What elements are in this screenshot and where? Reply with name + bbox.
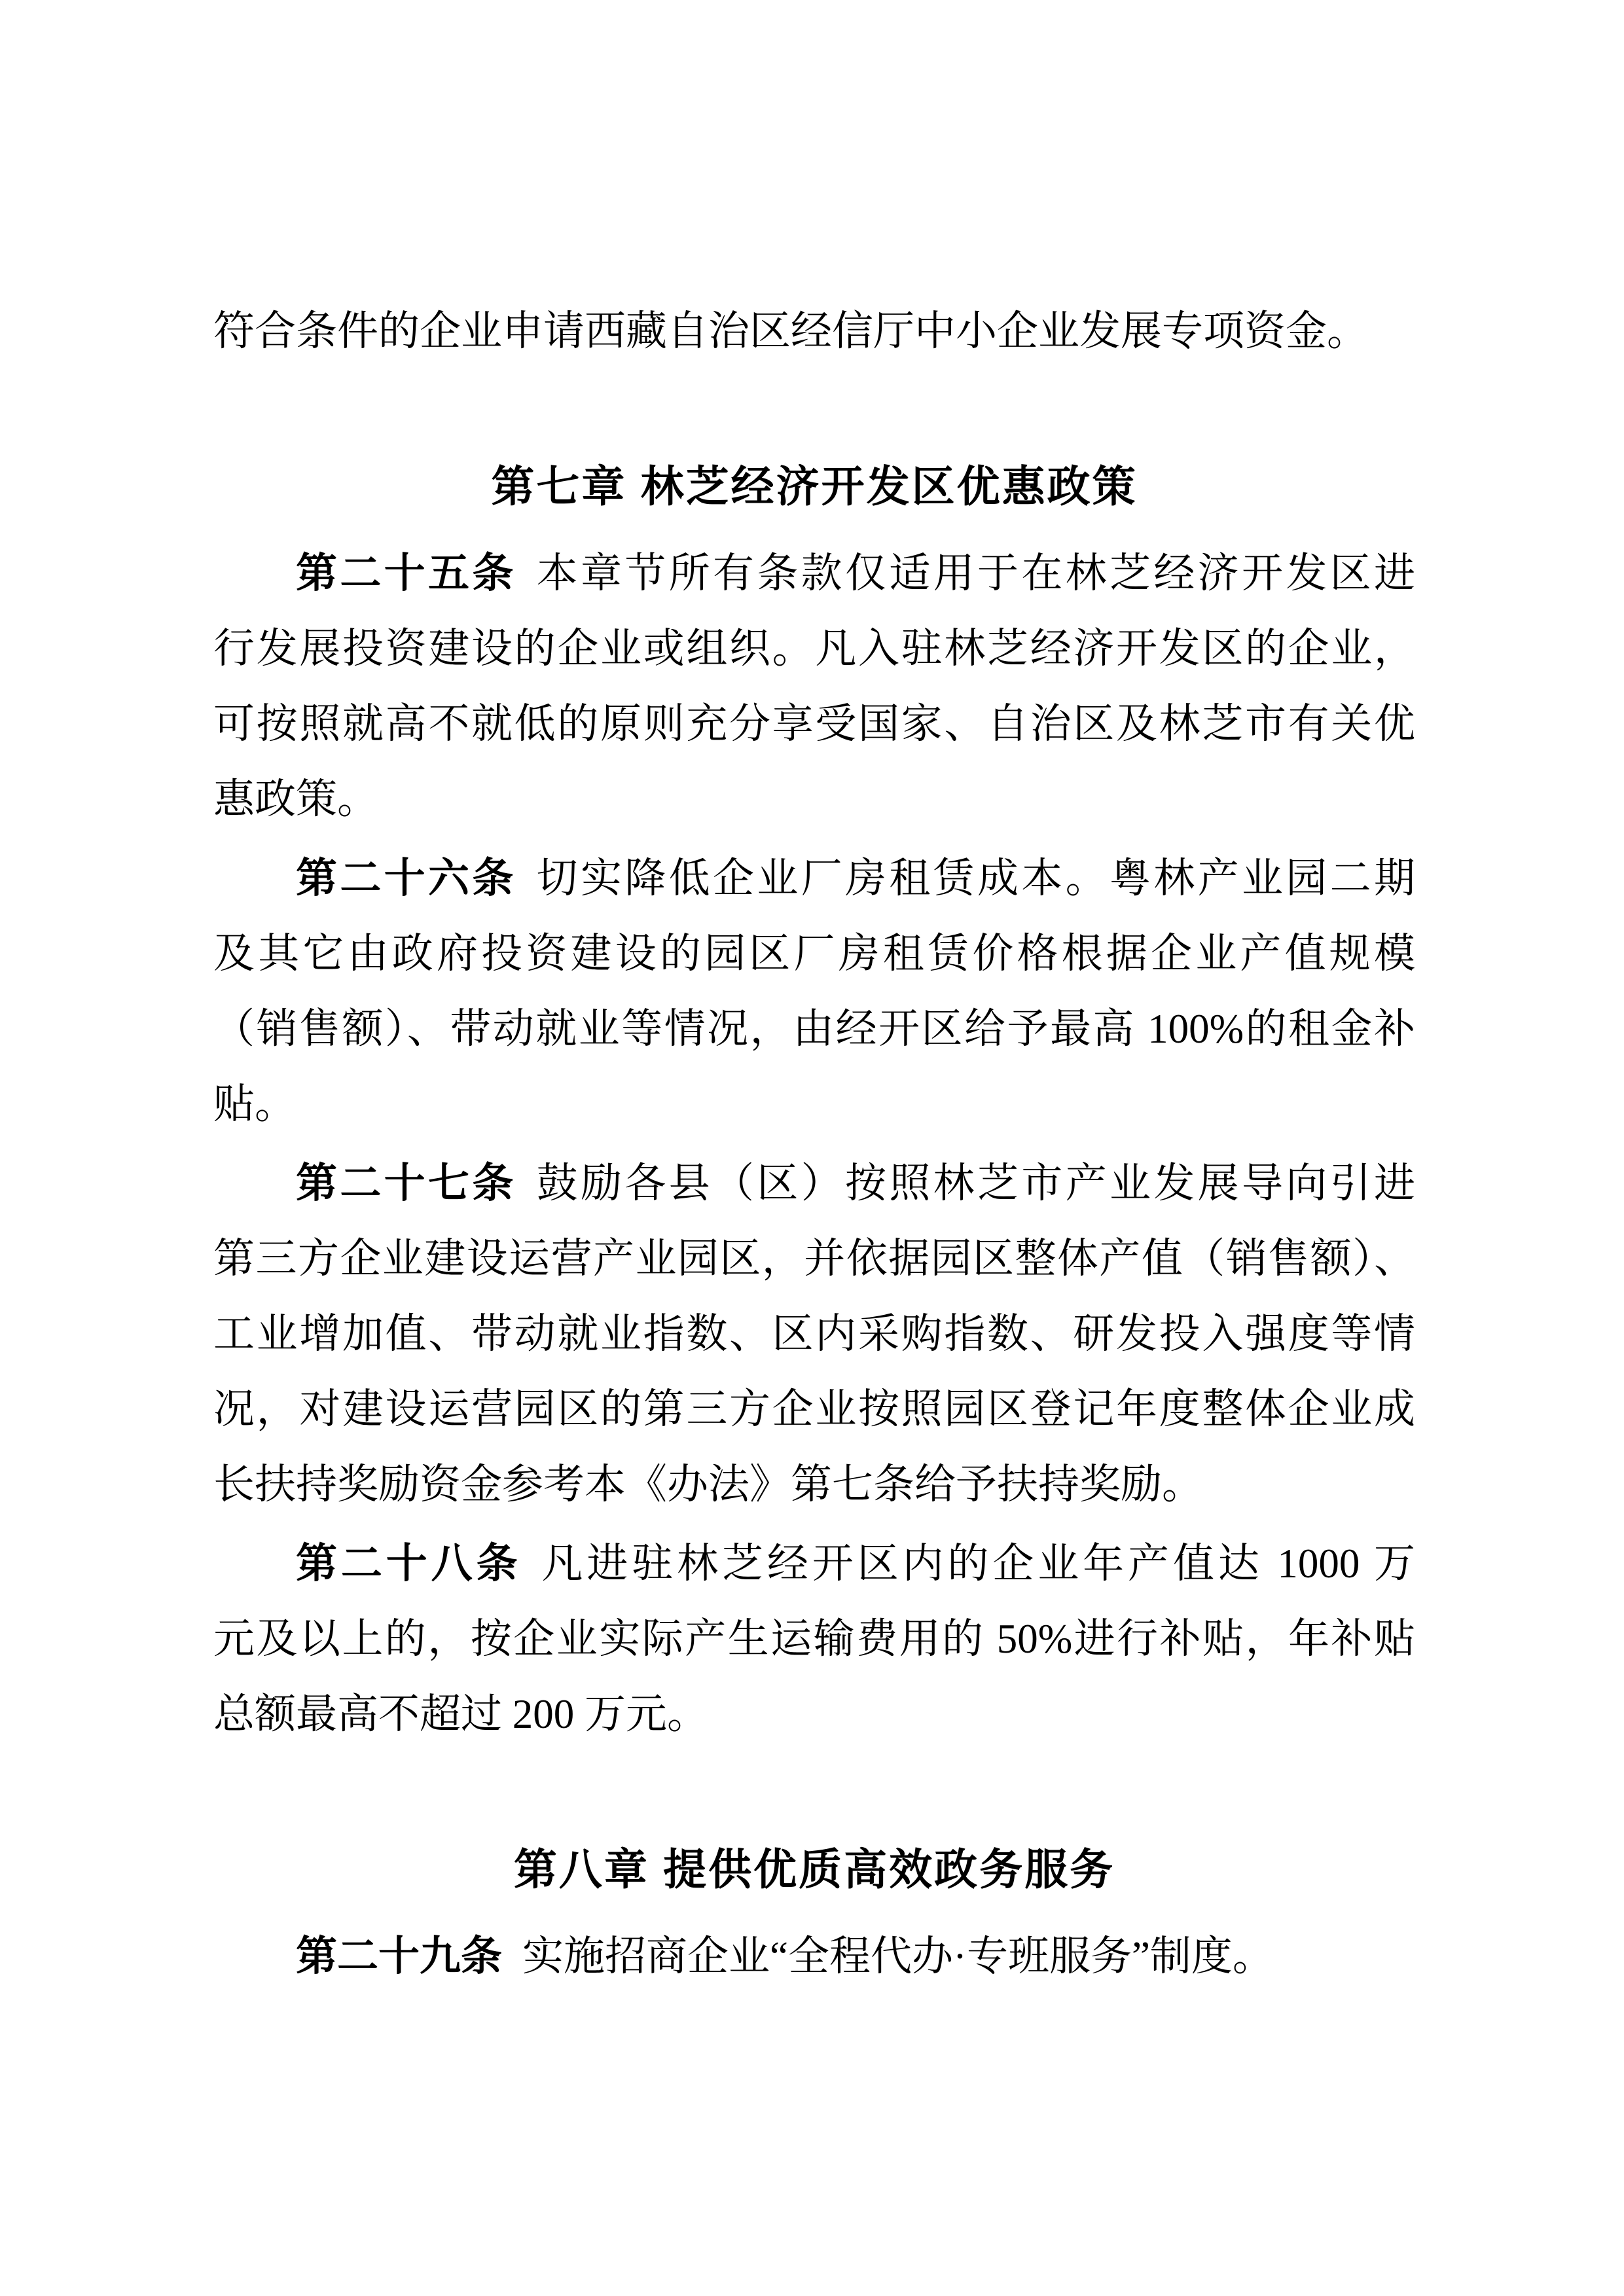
article-28-line-1: 第二十八条凡进驻林芝经开区内的企业年产值达 1000 万 <box>213 1526 1415 1602</box>
article-29-text: 实施招商企业“全程代办·专班服务”制度。 <box>522 1933 1274 1979</box>
chapter-8-heading: 第八章 提供优质高效政务服务 <box>213 1832 1415 1907</box>
article-26-line-3: （销售额）、带动就业等情况，由经开区给予最高 100%的租金补 <box>213 992 1415 1067</box>
article-25-line-3: 可按照就高不就低的原则充分享受国家、自治区及林芝市有关优 <box>213 687 1415 762</box>
article-28: 第二十八条凡进驻林芝经开区内的企业年产值达 1000 万 元及以上的，按企业实际… <box>213 1526 1415 1752</box>
article-29: 第二十九条实施招商企业“全程代办·专班服务”制度。 <box>213 1919 1415 1994</box>
article-25-text: 本章节所有条款仅适用于在林芝经济开发区进 <box>537 550 1415 596</box>
article-26-text: 切实降低企业厂房租赁成本。粤林产业园二期 <box>537 855 1415 901</box>
article-28-line-2: 元及以上的，按企业实际产生运输费用的 50%进行补贴，年补贴 <box>213 1602 1415 1677</box>
article-27-number: 第二十七条 <box>296 1160 516 1206</box>
article-26: 第二十六条切实降低企业厂房租赁成本。粤林产业园二期 及其它由政府投资建设的园区厂… <box>213 841 1415 1142</box>
article-26-line-2: 及其它由政府投资建设的园区厂房租赁价格根据企业产值规模 <box>213 916 1415 992</box>
article-25-number: 第二十五条 <box>296 550 516 596</box>
article-25-line-1: 第二十五条本章节所有条款仅适用于在林芝经济开发区进 <box>213 536 1415 611</box>
article-26-line-1: 第二十六条切实降低企业厂房租赁成本。粤林产业园二期 <box>213 841 1415 916</box>
article-27-line-4: 况，对建设运营园区的第三方企业按照园区登记年度整体企业成 <box>213 1372 1415 1447</box>
article-28-text: 凡进驻林芝经开区内的企业年产值达 1000 万 <box>541 1541 1415 1587</box>
article-27: 第二十七条鼓励各县（区）按照林芝市产业发展导向引进 第三方企业建设运营产业园区，… <box>213 1146 1415 1522</box>
article-27-line-2: 第三方企业建设运营产业园区，并依据园区整体产值（销售额）、 <box>213 1221 1415 1297</box>
article-25: 第二十五条本章节所有条款仅适用于在林芝经济开发区进 行发展投资建设的企业或组织。… <box>213 536 1415 837</box>
article-26-line-4: 贴。 <box>213 1067 1415 1142</box>
article-28-number: 第二十八条 <box>296 1541 521 1587</box>
article-29-line-1: 第二十九条实施招商企业“全程代办·专班服务”制度。 <box>213 1919 1415 1994</box>
article-27-line-1: 第二十七条鼓励各县（区）按照林芝市产业发展导向引进 <box>213 1146 1415 1221</box>
article-27-line-5: 长扶持奖励资金参考本《办法》第七条给予扶持奖励。 <box>213 1447 1415 1522</box>
article-27-line-3: 工业增加值、带动就业指数、区内采购指数、研发投入强度等情 <box>213 1297 1415 1372</box>
article-26-number: 第二十六条 <box>296 855 516 901</box>
body-line: 符合条件的企业申请西藏自治区经信厅中小企业发展专项资金。 <box>213 294 1415 369</box>
article-28-line-3: 总额最高不超过 200 万元。 <box>213 1677 1415 1752</box>
chapter-7-heading: 第七章 林芝经济开发区优惠政策 <box>213 449 1415 524</box>
paragraph-continuation: 符合条件的企业申请西藏自治区经信厅中小企业发展专项资金。 <box>213 294 1415 369</box>
article-29-number: 第二十九条 <box>296 1933 502 1979</box>
article-25-line-4: 惠政策。 <box>213 762 1415 837</box>
document-page: 符合条件的企业申请西藏自治区经信厅中小企业发展专项资金。 第七章 林芝经济开发区… <box>0 0 1624 2296</box>
article-25-line-2: 行发展投资建设的企业或组织。凡入驻林芝经济开发区的企业， <box>213 611 1415 687</box>
article-27-text: 鼓励各县（区）按照林芝市产业发展导向引进 <box>537 1160 1415 1206</box>
